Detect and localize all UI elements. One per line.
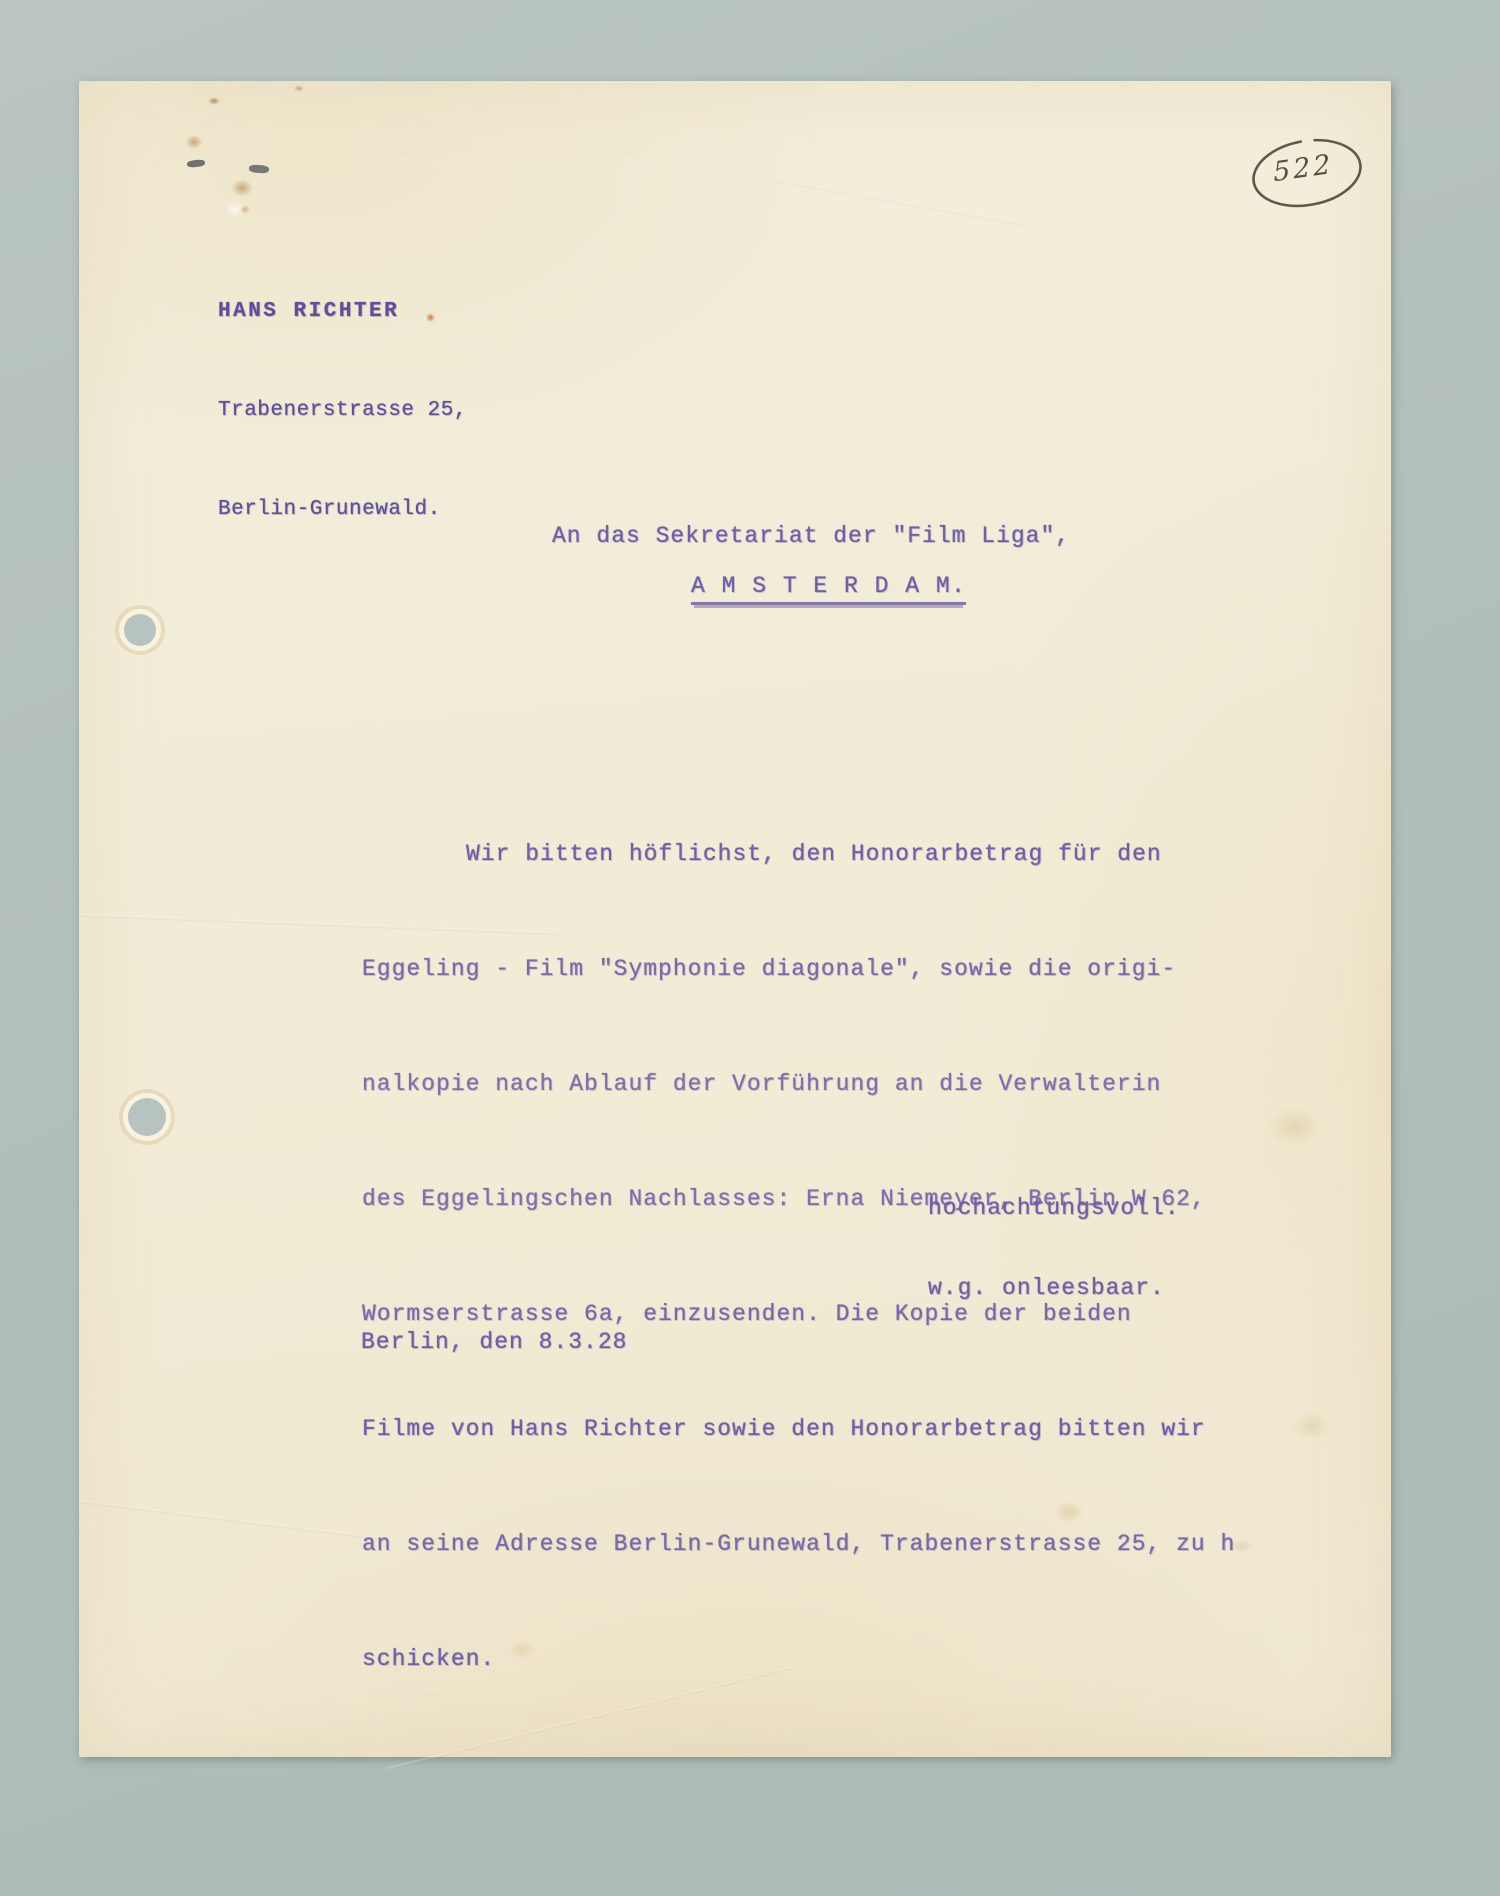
staple-mark bbox=[249, 164, 270, 173]
punch-hole bbox=[124, 614, 156, 646]
letterhead-street: Trabenerstrasse 25, bbox=[218, 394, 467, 427]
body-line: an seine Adresse Berlin-Grunewald, Trabe… bbox=[362, 1513, 1235, 1576]
archive-number-annotation: 522 bbox=[1237, 123, 1377, 223]
stain bbox=[294, 85, 304, 92]
closing-signature: w.g. onleesbaar. bbox=[928, 1275, 1165, 1301]
recipient-line: An das Sekretariat der "Film Liga", bbox=[552, 523, 1070, 549]
stain bbox=[1267, 1107, 1322, 1147]
dateline: Berlin, den 8.3.28 bbox=[361, 1329, 627, 1355]
stain bbox=[1291, 1411, 1333, 1441]
letterhead-name: HANS RICHTER bbox=[218, 295, 467, 328]
scanner-background: 522 HANS RICHTER Trabenerstrasse 25, Ber… bbox=[0, 0, 1500, 1896]
body-line: Filme von Hans Richter sowie den Honorar… bbox=[362, 1398, 1235, 1461]
stain bbox=[185, 135, 203, 149]
letter-page: 522 HANS RICHTER Trabenerstrasse 25, Ber… bbox=[79, 81, 1391, 1757]
letter-body: Wir bitten höflichst, den Honorarbetrag … bbox=[362, 771, 1235, 1743]
body-line: Wir bitten höflichst, den Honorarbetrag … bbox=[362, 823, 1235, 886]
recipient-city: A M S T E R D A M. bbox=[691, 573, 966, 605]
punch-hole bbox=[128, 1098, 166, 1136]
torn-patch bbox=[225, 201, 245, 217]
letterhead: HANS RICHTER Trabenerstrasse 25, Berlin-… bbox=[218, 229, 467, 592]
stain bbox=[208, 97, 220, 105]
closing-salutation: hochachtungsvoll. bbox=[928, 1195, 1180, 1221]
letterhead-city: Berlin-Grunewald. bbox=[218, 493, 467, 526]
paper-crease bbox=[80, 1500, 388, 1541]
body-line: Eggeling - Film "Symphonie diagonale", s… bbox=[362, 938, 1235, 1001]
stain bbox=[231, 179, 253, 197]
paper-crease bbox=[771, 178, 1028, 226]
body-line: nalkopie nach Ablauf der Vorführung an d… bbox=[362, 1053, 1235, 1116]
staple-mark bbox=[187, 159, 206, 168]
body-line: schicken. bbox=[362, 1628, 1235, 1691]
